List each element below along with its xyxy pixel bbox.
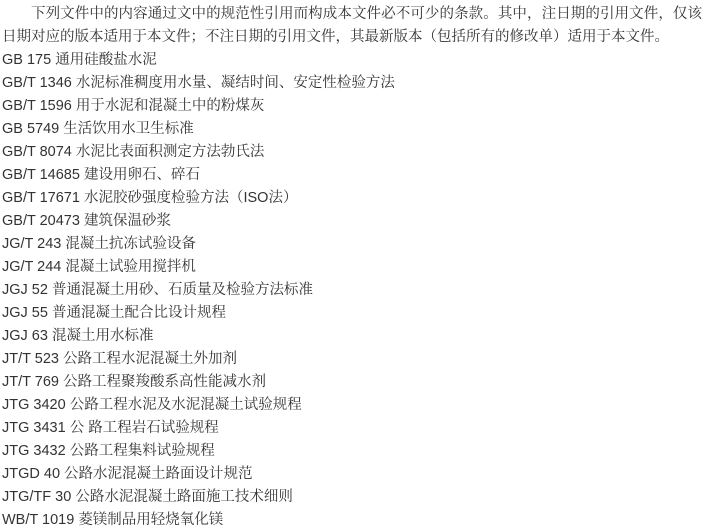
reference-title: 公 路工程岩石试验规程 [70, 420, 219, 436]
reference-title: 水泥比表面积测定方法勃氏法 [76, 144, 265, 160]
reference-title: 混凝土用水标准 [52, 328, 154, 344]
reference-line: GB/T 1596 用于水泥和混凝土中的粉煤灰 [2, 95, 702, 118]
reference-code: JTG/TF 30 [2, 489, 71, 505]
reference-title: 生活饮用水卫生标准 [63, 121, 194, 137]
reference-title: 建设用卵石、碎石 [84, 167, 200, 183]
reference-code: JT/T 523 [2, 351, 59, 367]
reference-line: JTG 3420 公路工程水泥及水泥混凝土试验规程 [2, 394, 702, 417]
reference-code: JGJ 52 [2, 282, 48, 298]
reference-title: 公路水泥混凝土路面施工技术细则 [75, 489, 293, 505]
reference-line: JTG 3432 公路工程集料试验规程 [2, 440, 702, 463]
reference-title: 水泥胶砂强度检验方法（ISO法） [84, 190, 297, 206]
reference-line: JTG 3431 公 路工程岩石试验规程 [2, 417, 702, 440]
reference-code: GB/T 14685 [2, 167, 80, 183]
reference-line: JG/T 244 混凝土试验用搅拌机 [2, 256, 702, 279]
reference-code: GB/T 8074 [2, 144, 72, 160]
reference-code: JT/T 769 [2, 374, 59, 390]
reference-code: JG/T 243 [2, 236, 61, 252]
reference-line: JT/T 523 公路工程水泥混凝土外加剂 [2, 348, 702, 371]
reference-title: 菱镁制品用轻烧氧化镁 [78, 512, 223, 527]
reference-title: 混凝土抗冻试验设备 [65, 236, 196, 252]
reference-title: 混凝土试验用搅拌机 [65, 259, 196, 275]
reference-title: 通用硅酸盐水泥 [55, 52, 157, 68]
reference-line: GB 5749 生活饮用水卫生标准 [2, 118, 702, 141]
reference-line: GB/T 17671 水泥胶砂强度检验方法（ISO法） [2, 187, 702, 210]
reference-title: 公路工程集料试验规程 [70, 443, 215, 459]
reference-line: JGJ 55 普通混凝土配合比设计规程 [2, 302, 702, 325]
reference-line: WB/T 1019 菱镁制品用轻烧氧化镁 [2, 509, 702, 527]
reference-code: JGJ 55 [2, 305, 48, 321]
reference-title: 普通混凝土用砂、石质量及检验方法标准 [52, 282, 313, 298]
reference-code: GB/T 20473 [2, 213, 80, 229]
reference-code: GB 5749 [2, 121, 59, 137]
reference-title: 普通混凝土配合比设计规程 [52, 305, 226, 321]
reference-title: 公路工程水泥混凝土外加剂 [63, 351, 237, 367]
reference-title: 公路工程水泥及水泥混凝土试验规程 [70, 397, 302, 413]
reference-line: JT/T 769 公路工程聚羧酸系高性能减水剂 [2, 371, 702, 394]
reference-code: JG/T 244 [2, 259, 61, 275]
reference-code: JGJ 63 [2, 328, 48, 344]
reference-code: GB 175 [2, 52, 51, 68]
reference-line: GB/T 1346 水泥标准稠度用水量、凝结时间、安定性检验方法 [2, 72, 702, 95]
reference-line: JTGD 40 公路水泥混凝土路面设计规范 [2, 463, 702, 486]
reference-line: JGJ 63 混凝土用水标准 [2, 325, 702, 348]
reference-line: JGJ 52 普通混凝土用砂、石质量及检验方法标准 [2, 279, 702, 302]
reference-line: JTG/TF 30 公路水泥混凝土路面施工技术细则 [2, 486, 702, 509]
reference-code: JTG 3420 [2, 397, 66, 413]
reference-line: GB/T 14685 建设用卵石、碎石 [2, 164, 702, 187]
reference-code: JTG 3432 [2, 443, 66, 459]
reference-code: GB/T 1346 [2, 75, 72, 91]
reference-line: JG/T 243 混凝土抗冻试验设备 [2, 233, 702, 256]
reference-line: GB/T 8074 水泥比表面积测定方法勃氏法 [2, 141, 702, 164]
reference-code: GB/T 17671 [2, 190, 80, 206]
reference-code: WB/T 1019 [2, 512, 74, 527]
reference-title: 公路水泥混凝土路面设计规范 [64, 466, 253, 482]
reference-title: 公路工程聚羧酸系高性能减水剂 [63, 374, 266, 390]
reference-code: JTGD 40 [2, 466, 60, 482]
reference-title: 建筑保温砂浆 [84, 213, 171, 229]
intro-paragraph: 下列文件中的内容通过文中的规范性引用而构成本文件必不可少的条款。其中，注日期的引… [2, 3, 702, 49]
reference-title: 水泥标准稠度用水量、凝结时间、安定性检验方法 [76, 75, 395, 91]
reference-list: GB 175 通用硅酸盐水泥GB/T 1346 水泥标准稠度用水量、凝结时间、安… [2, 49, 702, 527]
reference-code: JTG 3431 [2, 420, 66, 436]
reference-code: GB/T 1596 [2, 98, 72, 114]
reference-line: GB 175 通用硅酸盐水泥 [2, 49, 702, 72]
document-page: 下列文件中的内容通过文中的规范性引用而构成本文件必不可少的条款。其中，注日期的引… [0, 0, 705, 527]
reference-title: 用于水泥和混凝土中的粉煤灰 [76, 98, 265, 114]
reference-line: GB/T 20473 建筑保温砂浆 [2, 210, 702, 233]
